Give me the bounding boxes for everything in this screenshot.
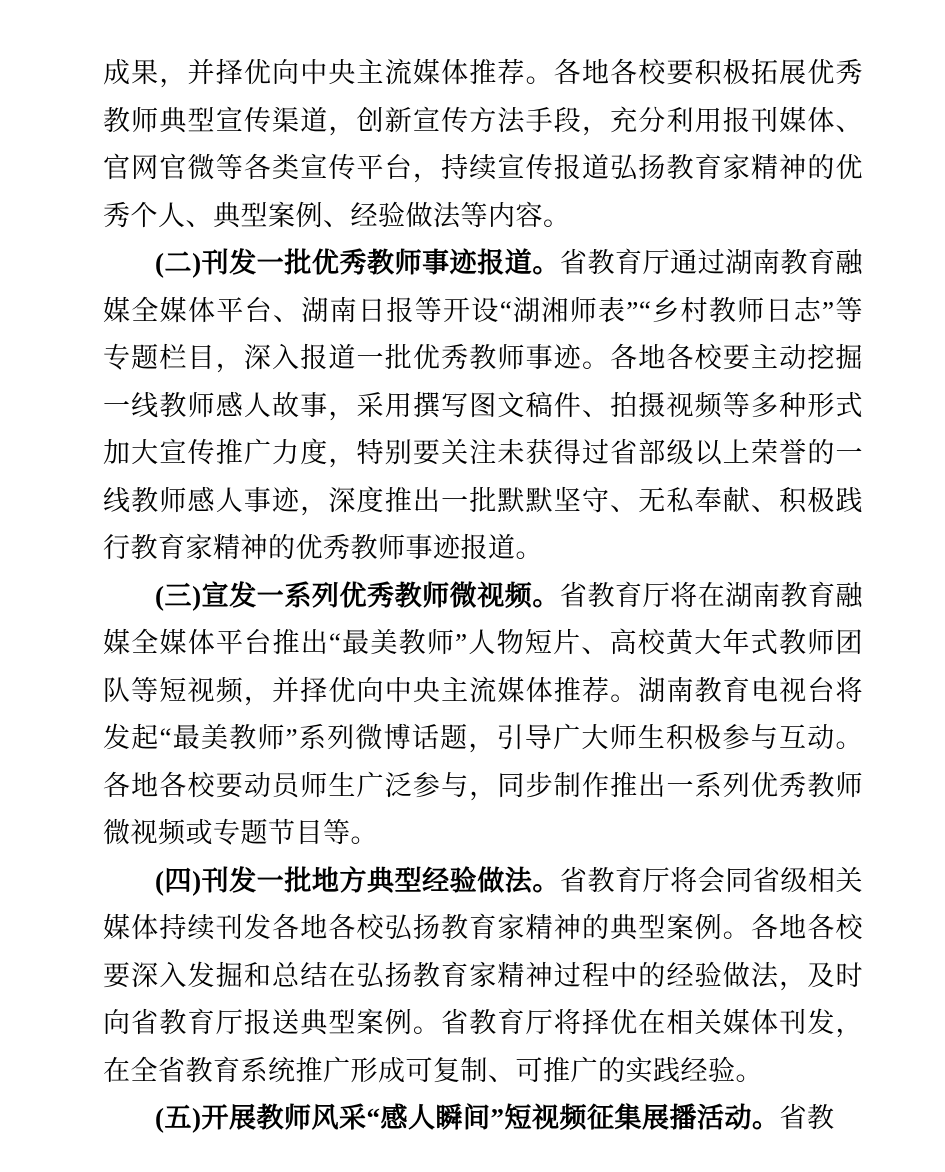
paragraph-body: 省教育厅将在湖南教育融媒全媒体平台推出“最美教师”人物短片、高校黄大年式教师团队… <box>103 581 863 849</box>
paragraph-body: 省教育厅将会同省级相关媒体持续刊发各地各校弘扬教育家精神的典型案例。各地各校要深… <box>103 866 863 1086</box>
paragraph-heading: (四)刊发一批地方典型经验做法。 <box>155 866 560 896</box>
paragraph-heading: (三)宣发一系列优秀教师微视频。 <box>155 581 560 611</box>
paragraph: (四)刊发一批地方典型经验做法。省教育厅将会同省级相关媒体持续刊发各地各校弘扬教… <box>103 858 863 1096</box>
paragraph: 成果，并择优向中央主流媒体推荐。各地各校要积极拓展优秀教师典型宣传渠道，创新宣传… <box>103 50 863 240</box>
paragraph-body: 省教育厅通过湖南教育融媒全媒体平台、湖南日报等开设“湖湘师表”“乡村教师日志”等… <box>103 248 863 563</box>
paragraph-heading: (二)刊发一批优秀教师事迹报道。 <box>155 248 560 278</box>
paragraph-body: 省教 <box>779 1103 834 1133</box>
paragraph: (三)宣发一系列优秀教师微视频。省教育厅将在湖南教育融媒全媒体平台推出“最美教师… <box>103 573 863 858</box>
paragraph-body: 成果，并择优向中央主流媒体推荐。各地各校要积极拓展优秀教师典型宣传渠道，创新宣传… <box>103 58 863 231</box>
paragraph: (二)刊发一批优秀教师事迹报道。省教育厅通过湖南教育融媒全媒体平台、湖南日报等开… <box>103 240 863 573</box>
document-page: 成果，并择优向中央主流媒体推荐。各地各校要积极拓展优秀教师典型宣传渠道，创新宣传… <box>0 0 945 1172</box>
paragraph: (五)开展教师风采“感人瞬间”短视频征集展播活动。省教 <box>103 1095 863 1143</box>
paragraph-heading: (五)开展教师风采“感人瞬间”短视频征集展播活动。 <box>155 1103 779 1133</box>
